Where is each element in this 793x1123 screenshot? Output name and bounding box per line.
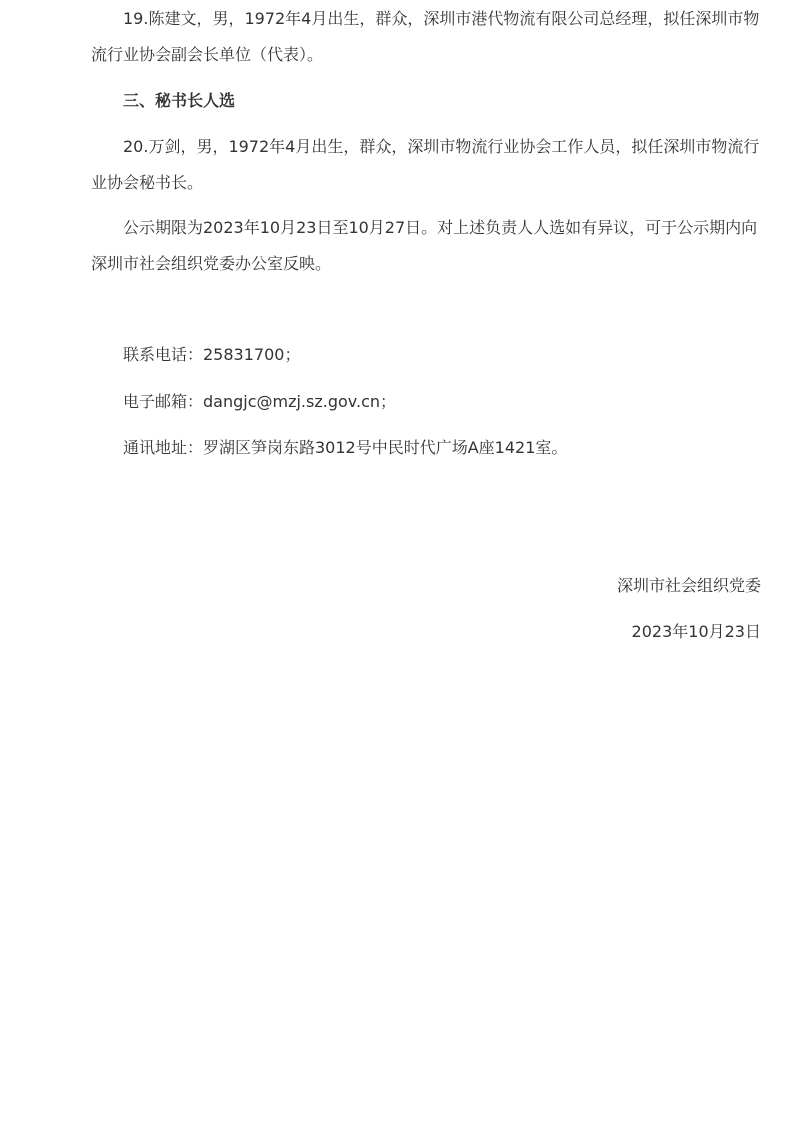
item-20-text-line-2: 业协会秘书长。	[91, 173, 203, 193]
notice-text-line-1: 公示期限为2023年10月23日至10月27日。对上述负责人人选如有异议，可于公…	[123, 218, 757, 238]
contact-phone: 联系电话：25831700；	[123, 345, 300, 365]
contact-email: 电子邮箱：dangjc@mzj.sz.gov.cn；	[123, 392, 396, 412]
item-19-text-line-1: 19.陈建文，男，1972年4月出生，群众，深圳市港代物流有限公司总经理，拟任深…	[123, 9, 759, 29]
signature-organization: 深圳市社会组织党委	[617, 576, 761, 596]
signature-date: 2023年10月23日	[632, 622, 761, 642]
contact-address: 通讯地址：罗湖区笋岗东路3012号中民时代广场A座1421室。	[123, 438, 567, 458]
item-19-text-line-2: 流行业协会副会长单位（代表）。	[91, 45, 323, 65]
item-20-text-line-1: 20.万剑，男，1972年4月出生，群众，深圳市物流行业协会工作人员，拟任深圳市…	[123, 137, 759, 157]
section-heading-secretary-general: 三、秘书长人选	[123, 91, 235, 111]
notice-text-line-2: 深圳市社会组织党委办公室反映。	[91, 254, 331, 274]
